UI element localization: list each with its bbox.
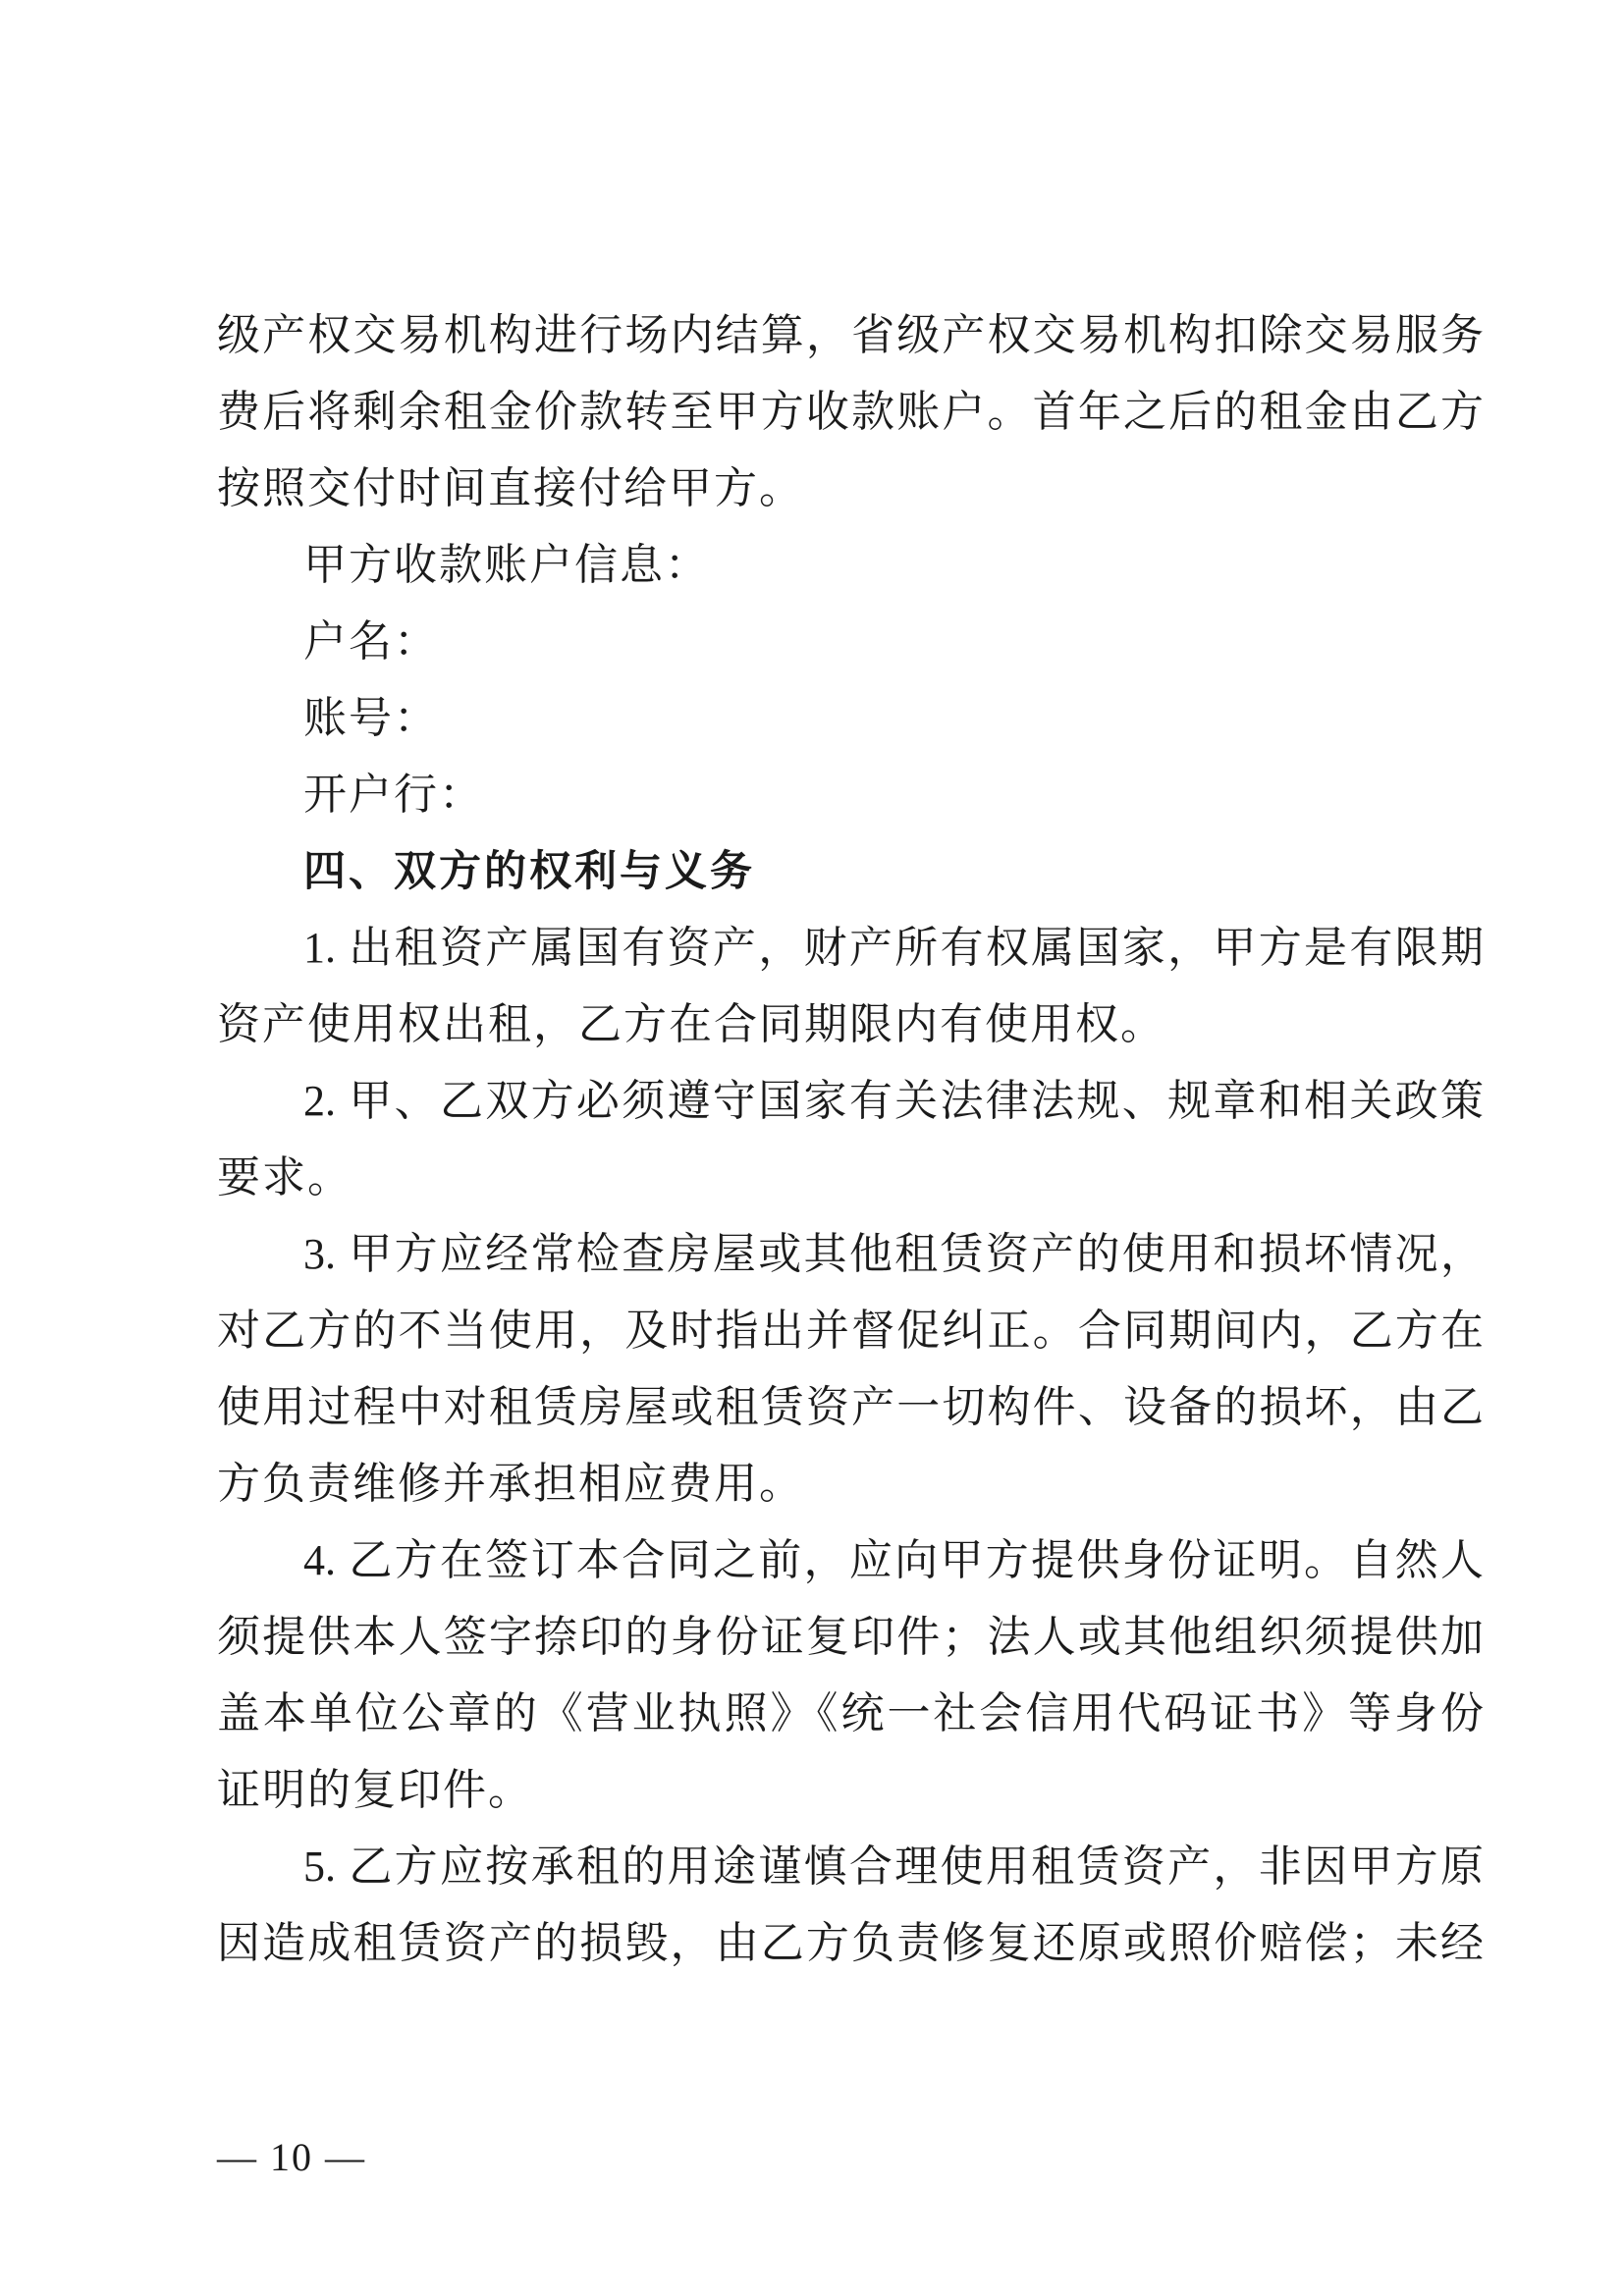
document-line: 1. 出租资产属国有资产，财产所有权属国家，甲方是有限期 [217, 910, 1484, 987]
document-line-bank-label: 开户行： [217, 757, 1484, 833]
document-line: 须提供本人签字捺印的身份证复印件；法人或其他组织须提供加 [217, 1599, 1484, 1676]
document-line: 级产权交易机构进行场内结算，省级产权交易机构扣除交易服务 [217, 297, 1484, 374]
document-line: 按照交付时间直接付给甲方。 [217, 451, 1484, 527]
document-line: 3. 甲方应经常检查房屋或其他租赁资产的使用和损坏情况， [217, 1216, 1484, 1293]
document-line: 方负责维修并承担相应费用。 [217, 1446, 1484, 1522]
document-line: 对乙方的不当使用，及时指出并督促纠正。合同期间内，乙方在 [217, 1293, 1484, 1369]
document-line: 2. 甲、乙双方必须遵守国家有关法律法规、规章和相关政策 [217, 1063, 1484, 1140]
document-body: 级产权交易机构进行场内结算，省级产权交易机构扣除交易服务 费后将剩余租金价款转至… [217, 297, 1484, 1982]
document-line: 因造成租赁资产的损毁，由乙方负责修复还原或照价赔偿；未经 [217, 1905, 1484, 1982]
document-line-account-number-label: 账号： [217, 680, 1484, 757]
document-line: 盖本单位公章的《营业执照》《统一社会信用代码证书》等身份 [217, 1676, 1484, 1752]
document-line: 5. 乙方应按承租的用途谨慎合理使用租赁资产，非因甲方原 [217, 1829, 1484, 1905]
document-line-account-name-label: 户名： [217, 604, 1484, 680]
document-line: 证明的复印件。 [217, 1752, 1484, 1829]
document-line-account-info-label: 甲方收款账户信息： [217, 527, 1484, 604]
page-number: — 10 — [217, 2128, 366, 2187]
document-line: 资产使用权出租，乙方在合同期限内有使用权。 [217, 987, 1484, 1063]
document-line: 4. 乙方在签订本合同之前，应向甲方提供身份证明。自然人 [217, 1522, 1484, 1599]
document-page: 级产权交易机构进行场内结算，省级产权交易机构扣除交易服务 费后将剩余租金价款转至… [0, 0, 1624, 2296]
document-line: 使用过程中对租赁房屋或租赁资产一切构件、设备的损坏，由乙 [217, 1369, 1484, 1446]
document-line: 要求。 [217, 1140, 1484, 1216]
section-heading-rights-obligations: 四、双方的权利与义务 [217, 833, 1484, 910]
document-line: 费后将剩余租金价款转至甲方收款账户。首年之后的租金由乙方 [217, 374, 1484, 451]
